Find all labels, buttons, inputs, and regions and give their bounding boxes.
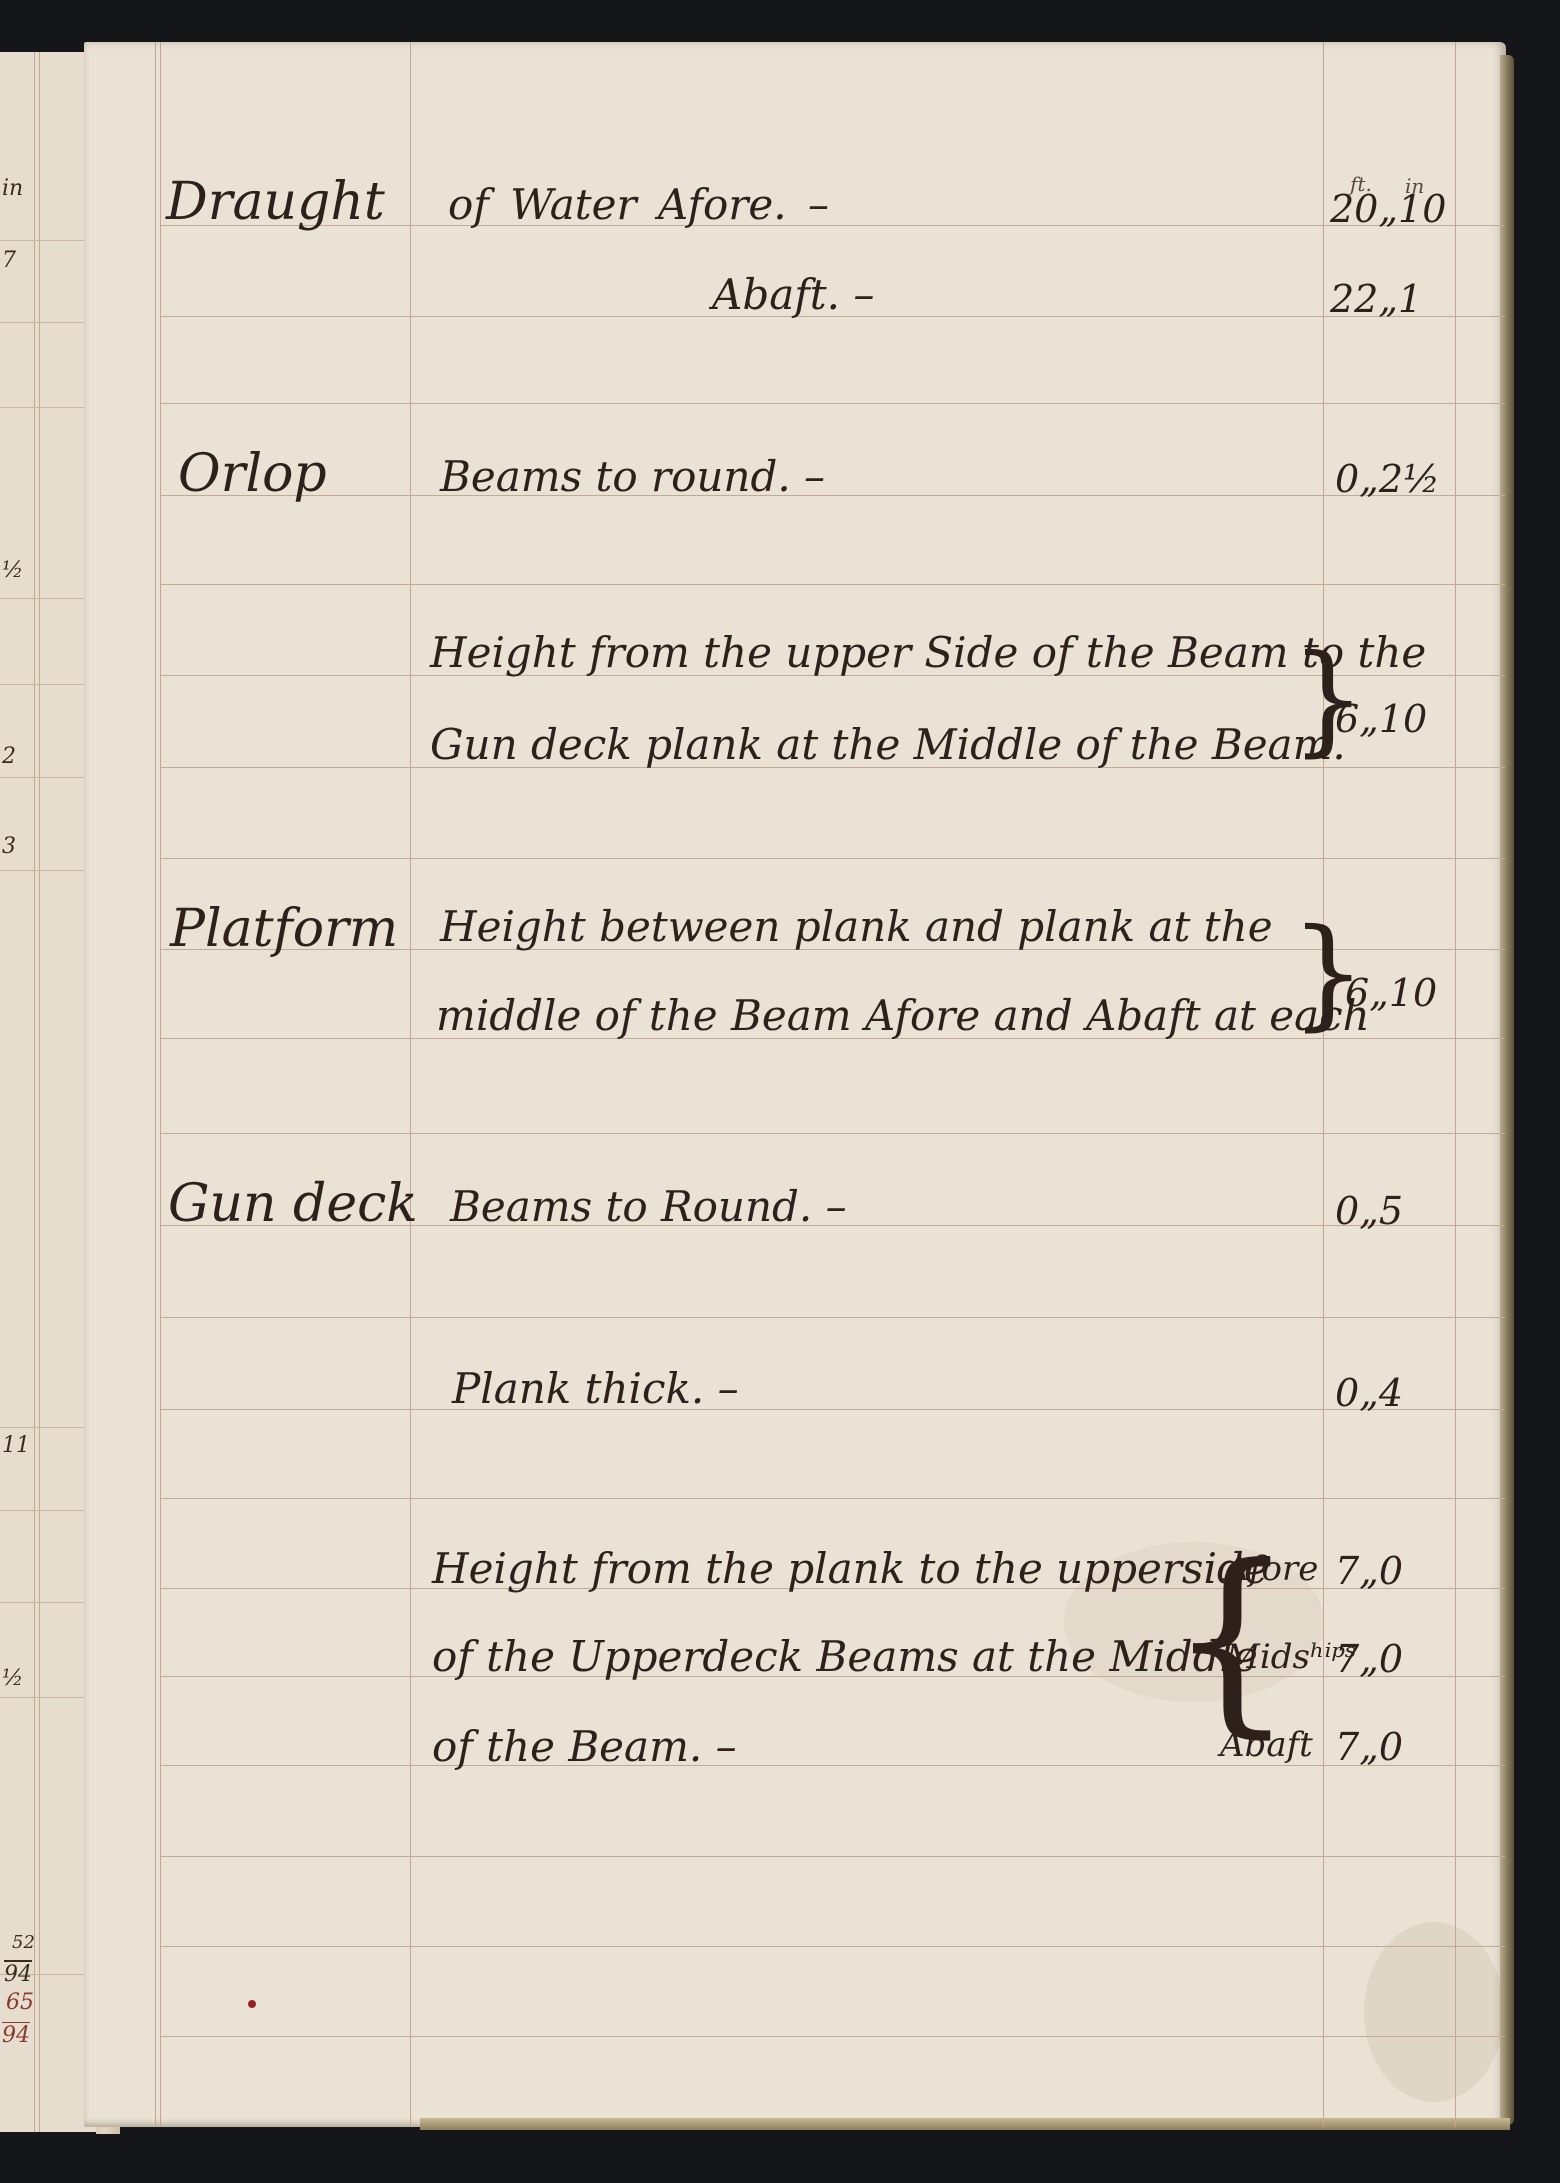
entry-description: Beams to round. – — [440, 456, 825, 498]
entry-description: of Water Afore. – — [448, 184, 829, 226]
left-page-fragment: 3 — [2, 834, 16, 859]
entry-value: 7„0 — [1335, 1552, 1403, 1590]
left-page-fragment: 2 — [2, 744, 16, 769]
margin-rule — [160, 42, 161, 2127]
entry-description-line: of the Beam. – — [432, 1726, 737, 1768]
page-stain — [1364, 1922, 1504, 2102]
value-column-rule — [1323, 42, 1324, 2127]
left-page-fragment: ½ — [2, 558, 23, 583]
section-label-platform: Platform — [170, 903, 398, 955]
left-page-sum-red: 65 — [6, 1990, 34, 2015]
margin-rule — [155, 42, 156, 2127]
right-column-rule — [1455, 42, 1456, 2127]
row-rule — [160, 2036, 1505, 2037]
left-page-fragment: 7 — [2, 248, 16, 273]
entry-description-line: middle of the Beam Afore and Abaft at ea… — [436, 995, 1370, 1037]
row-rule — [160, 1133, 1505, 1134]
left-page-fragment: 11 — [2, 1433, 30, 1458]
left-page-rule — [34, 52, 35, 2132]
entry-value: 20„10 — [1330, 190, 1446, 228]
row-rule — [160, 1498, 1505, 1499]
entry-description-line: Gun deck plank at the Middle of the Beam… — [430, 724, 1346, 766]
entry-value: 7„0 — [1335, 1640, 1403, 1678]
entry-description-line: Height from the plank to the upperside — [432, 1548, 1269, 1590]
left-page-sum: 94 — [4, 1960, 32, 1987]
entry-value: 7„0 — [1335, 1728, 1403, 1766]
row-rule — [160, 1946, 1505, 1947]
row-rule — [160, 1765, 1505, 1766]
row-rule — [160, 858, 1505, 859]
left-page-fragment: ½ — [2, 1666, 23, 1691]
row-rule — [160, 1317, 1505, 1318]
left-page-sum: 52 — [12, 1932, 35, 1953]
row-rule — [160, 1856, 1505, 1857]
entry-value: 0„2½ — [1335, 460, 1440, 498]
entry-description: Plank thick. – — [452, 1368, 739, 1410]
entry-description-line: of the Upperdeck Beams at the Middle — [432, 1636, 1258, 1678]
entry-description-line: Height between plank and plank at the — [440, 906, 1273, 948]
row-rule — [160, 584, 1505, 585]
position-label-abaft: Abaft — [1220, 1728, 1313, 1762]
left-page-rule — [39, 52, 40, 2132]
ink-spot — [248, 2000, 256, 2008]
entry-description: Beams to Round. – — [450, 1186, 847, 1228]
section-label-draught: Draught — [166, 176, 385, 228]
position-label-afore: Afore — [1225, 1552, 1318, 1586]
entry-value: 0„4 — [1335, 1374, 1403, 1412]
left-page-sum-red: 94 — [2, 2022, 30, 2048]
left-page-fragment: in — [2, 176, 23, 201]
entry-value: 0„5 — [1335, 1192, 1403, 1230]
section-label-gun-deck: Gun deck — [168, 1178, 418, 1230]
row-rule — [160, 403, 1505, 404]
ledger-page — [84, 42, 1506, 2127]
entry-description-line: Height from the upper Side of the Beam t… — [430, 632, 1426, 674]
entry-value: 22„1 — [1330, 280, 1422, 318]
page-bottom-edge — [420, 2118, 1510, 2130]
row-rule — [160, 1409, 1505, 1410]
label-column-rule — [410, 42, 411, 2127]
section-label-orlop: Orlop — [178, 448, 327, 500]
row-rule — [160, 495, 1505, 496]
page-edge — [1500, 55, 1514, 2125]
entry-value: 6„10 — [1335, 700, 1427, 738]
entry-value: 6„10 — [1345, 974, 1437, 1012]
entry-description: Abaft. – — [712, 274, 874, 316]
